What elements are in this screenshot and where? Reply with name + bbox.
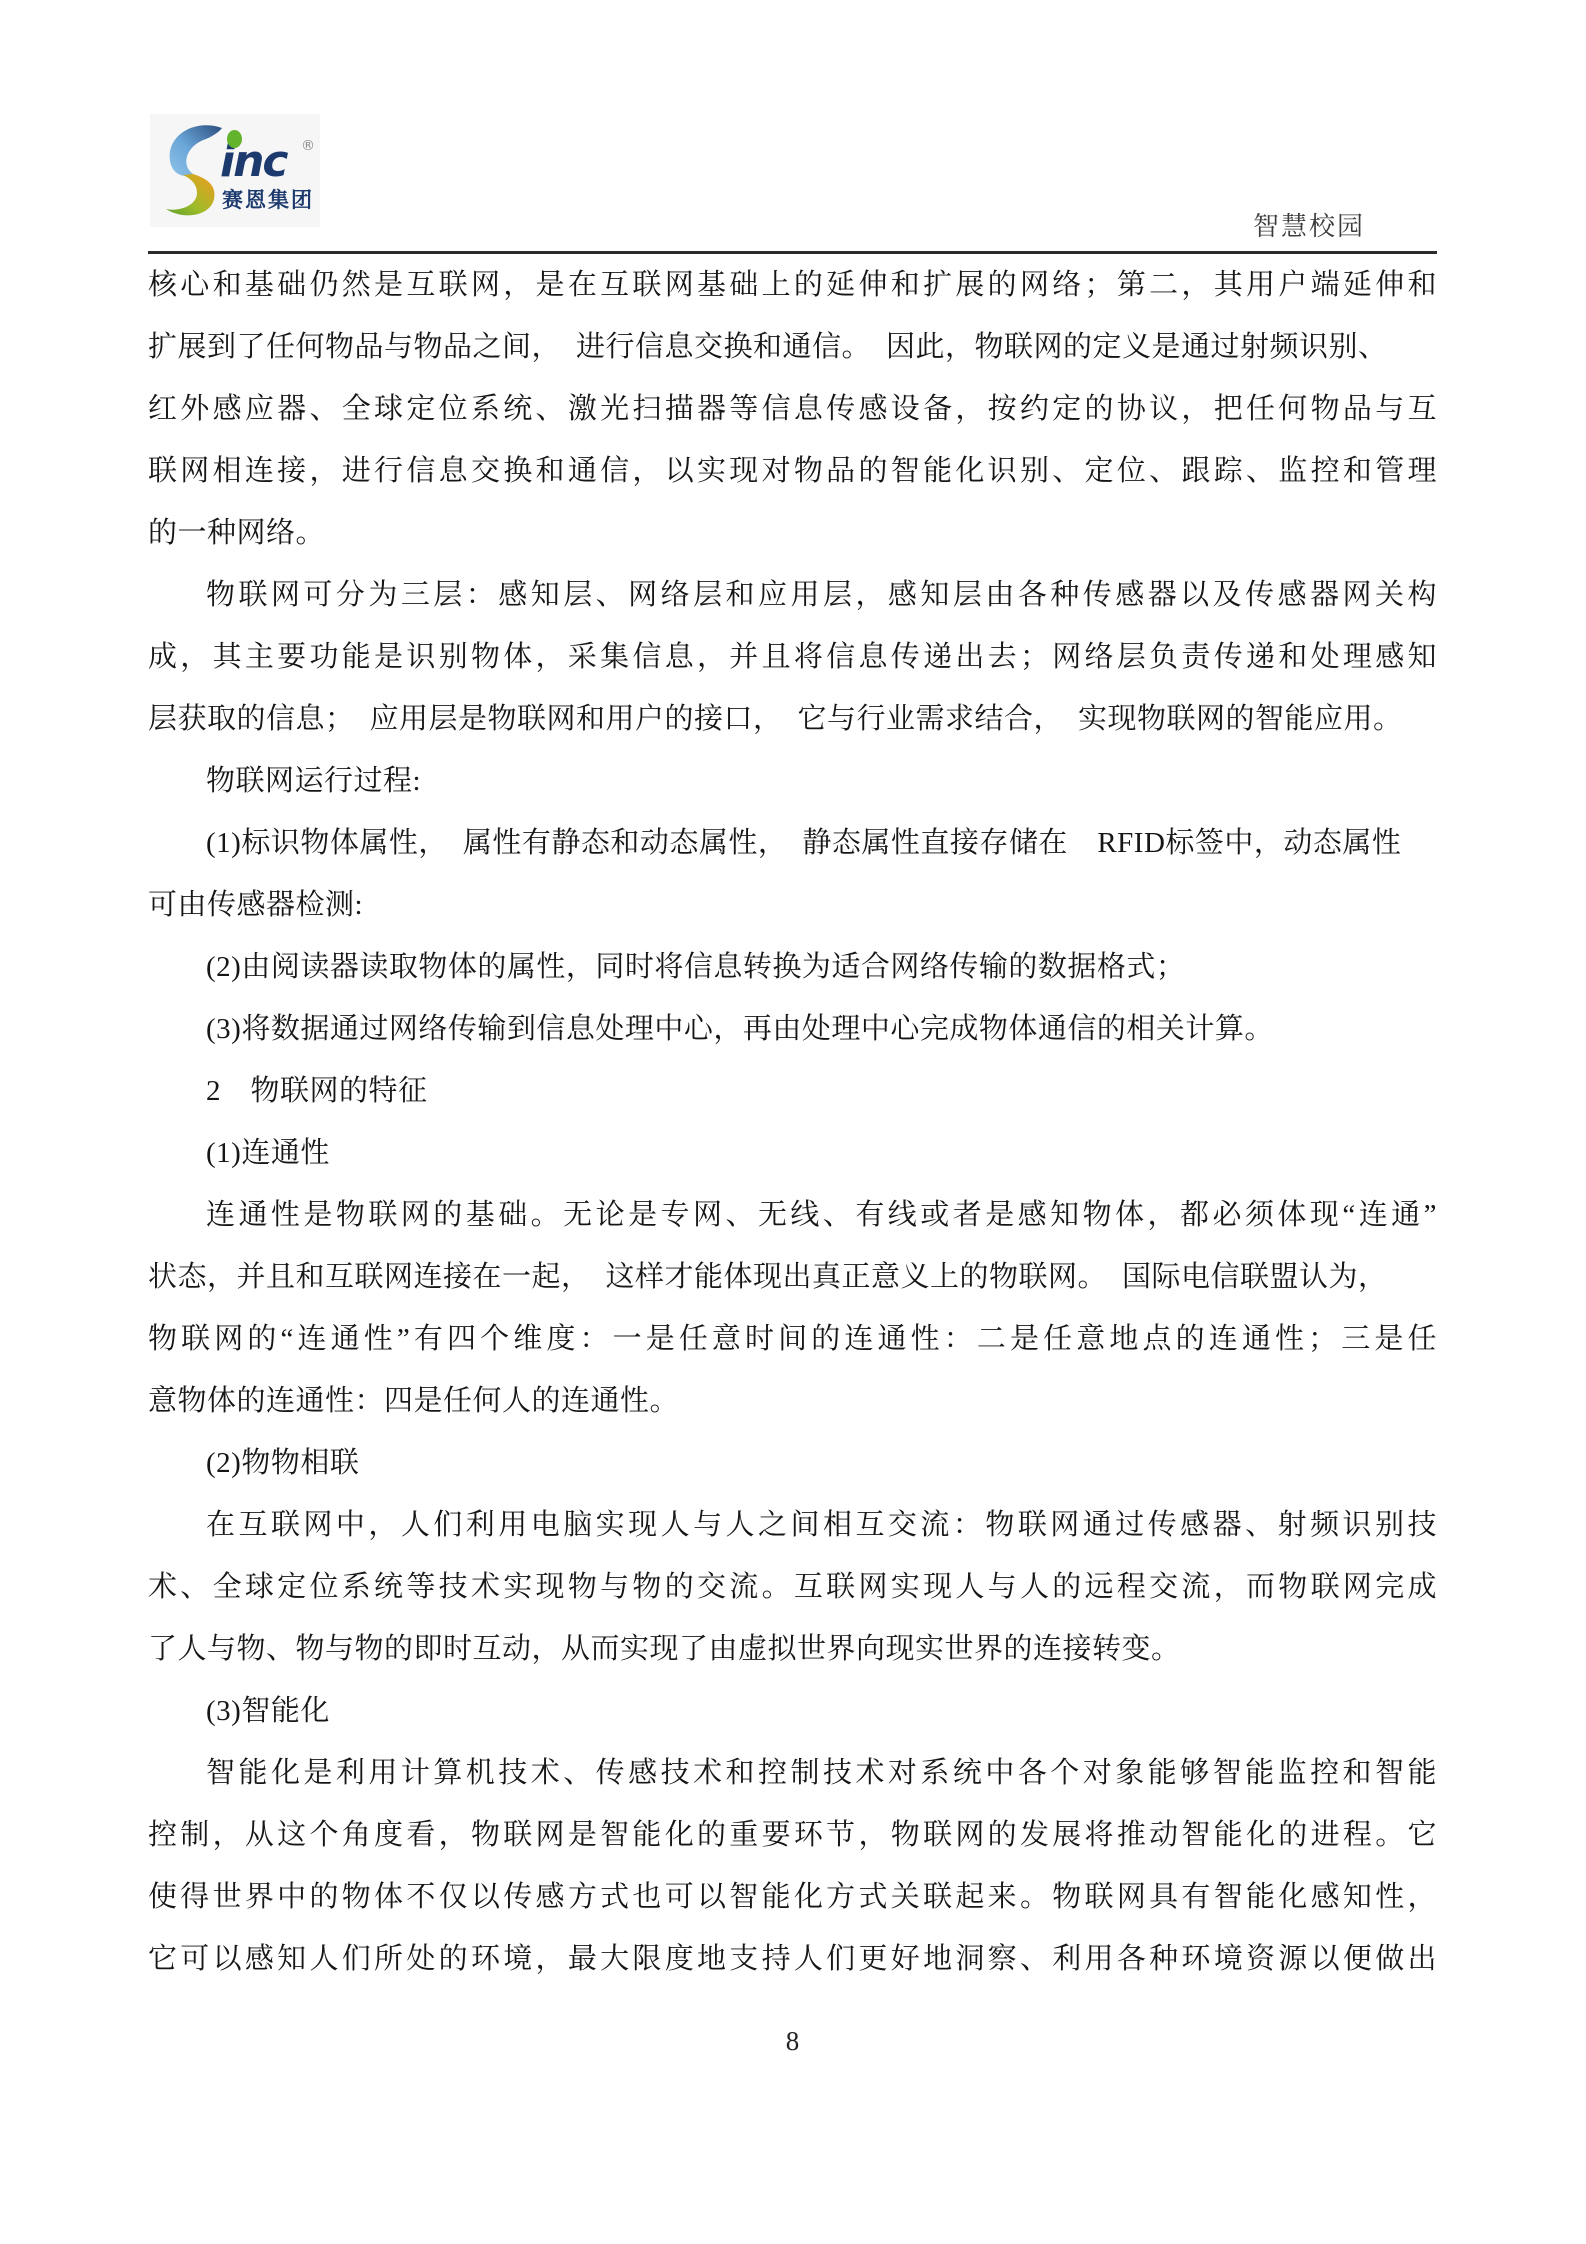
text-line: (3)智能化	[148, 1680, 1437, 1742]
text-line: 状态，并且和互联网连接在一起， 这样才能体现出真正意义上的物联网。 国际电信联盟…	[148, 1246, 1437, 1308]
text-line: 物联网运行过程:	[148, 750, 1437, 812]
page-number: 8	[148, 2026, 1437, 2057]
text-line: 可由传感器检测:	[148, 874, 1437, 936]
header-label: 智慧校园	[1253, 206, 1365, 243]
sine-logo: inc ® 赛恩集团	[150, 114, 320, 227]
text-line: 核心和基础仍然是互联网，是在互联网基础上的延伸和扩展的网络；第二，其用户端延伸和	[148, 254, 1437, 316]
logo-company-name: 赛恩集团	[222, 190, 314, 211]
text-line: (3)将数据通过网络传输到信息处理中心，再由处理中心完成物体通信的相关计算。	[148, 998, 1437, 1060]
text-line: 意物体的连通性：四是任何人的连通性。	[148, 1370, 1437, 1432]
document-page: inc ® 赛恩集团 智慧校园 核心和基础仍然是互联网，是在互联网基础上的延伸和…	[0, 0, 1586, 2244]
registered-trademark-icon: ®	[301, 138, 315, 154]
text-line: 术、全球定位系统等技术实现物与物的交流。互联网实现人与人的远程交流，而物联网完成	[148, 1556, 1437, 1618]
text-line: (2)由阅读器读取物体的属性，同时将信息转换为适合网络传输的数据格式；	[148, 936, 1437, 998]
text-line: 智能化是利用计算机技术、传感技术和控制技术对系统中各个对象能够智能监控和智能	[148, 1742, 1437, 1804]
text-line: 扩展到了任何物品与物品之间， 进行信息交换和通信。 因此，物联网的定义是通过射频…	[148, 316, 1437, 378]
text-line: 它可以感知人们所处的环境，最大限度地支持人们更好地洞察、利用各种环境资源以便做出	[148, 1928, 1437, 1990]
text-line: (1)连通性	[148, 1122, 1437, 1184]
text-line: (2)物物相联	[148, 1432, 1437, 1494]
text-line: 使得世界中的物体不仅以传感方式也可以智能化方式关联起来。物联网具有智能化感知性，	[148, 1866, 1437, 1928]
text-line: (1)标识物体属性， 属性有静态和动态属性， 静态属性直接存储在 RFID标签中…	[148, 812, 1437, 874]
text-line: 成，其主要功能是识别物体，采集信息，并且将信息传递出去；网络层负责传递和处理感知	[148, 626, 1437, 688]
text-line: 在互联网中，人们利用电脑实现人与人之间相互交流：物联网通过传感器、射频识别技	[148, 1494, 1437, 1556]
text-line: 物联网可分为三层：感知层、网络层和应用层，感知层由各种传感器以及传感器网关构	[148, 564, 1437, 626]
text-line: 物联网的“连通性”有四个维度：一是任意时间的连通性：二是任意地点的连通性；三是任	[148, 1308, 1437, 1370]
text-line: 红外感应器、全球定位系统、激光扫描器等信息传感设备，按约定的协议，把任何物品与互	[148, 378, 1437, 440]
text-line: 了人与物、物与物的即时互动，从而实现了由虚拟世界向现实世界的连接转变。	[148, 1618, 1437, 1680]
text-line: 层获取的信息； 应用层是物联网和用户的接口， 它与行业需求结合， 实现物联网的智…	[148, 688, 1437, 750]
text-line: 连通性是物联网的基础。无论是专网、无线、有线或者是感知物体，都必须体现“连通”	[148, 1184, 1437, 1246]
text-line: 联网相连接，进行信息交换和通信，以实现对物品的智能化识别、定位、跟踪、监控和管理	[148, 440, 1437, 502]
text-line: 的一种网络。	[148, 502, 1437, 564]
document-body: 核心和基础仍然是互联网，是在互联网基础上的延伸和扩展的网络；第二，其用户端延伸和…	[148, 254, 1437, 1990]
logo-green-dot-icon	[227, 130, 242, 148]
text-line: 2 物联网的特征	[148, 1060, 1437, 1122]
text-line: 控制，从这个角度看，物联网是智能化的重要环节，物联网的发展将推动智能化的进程。它	[148, 1804, 1437, 1866]
